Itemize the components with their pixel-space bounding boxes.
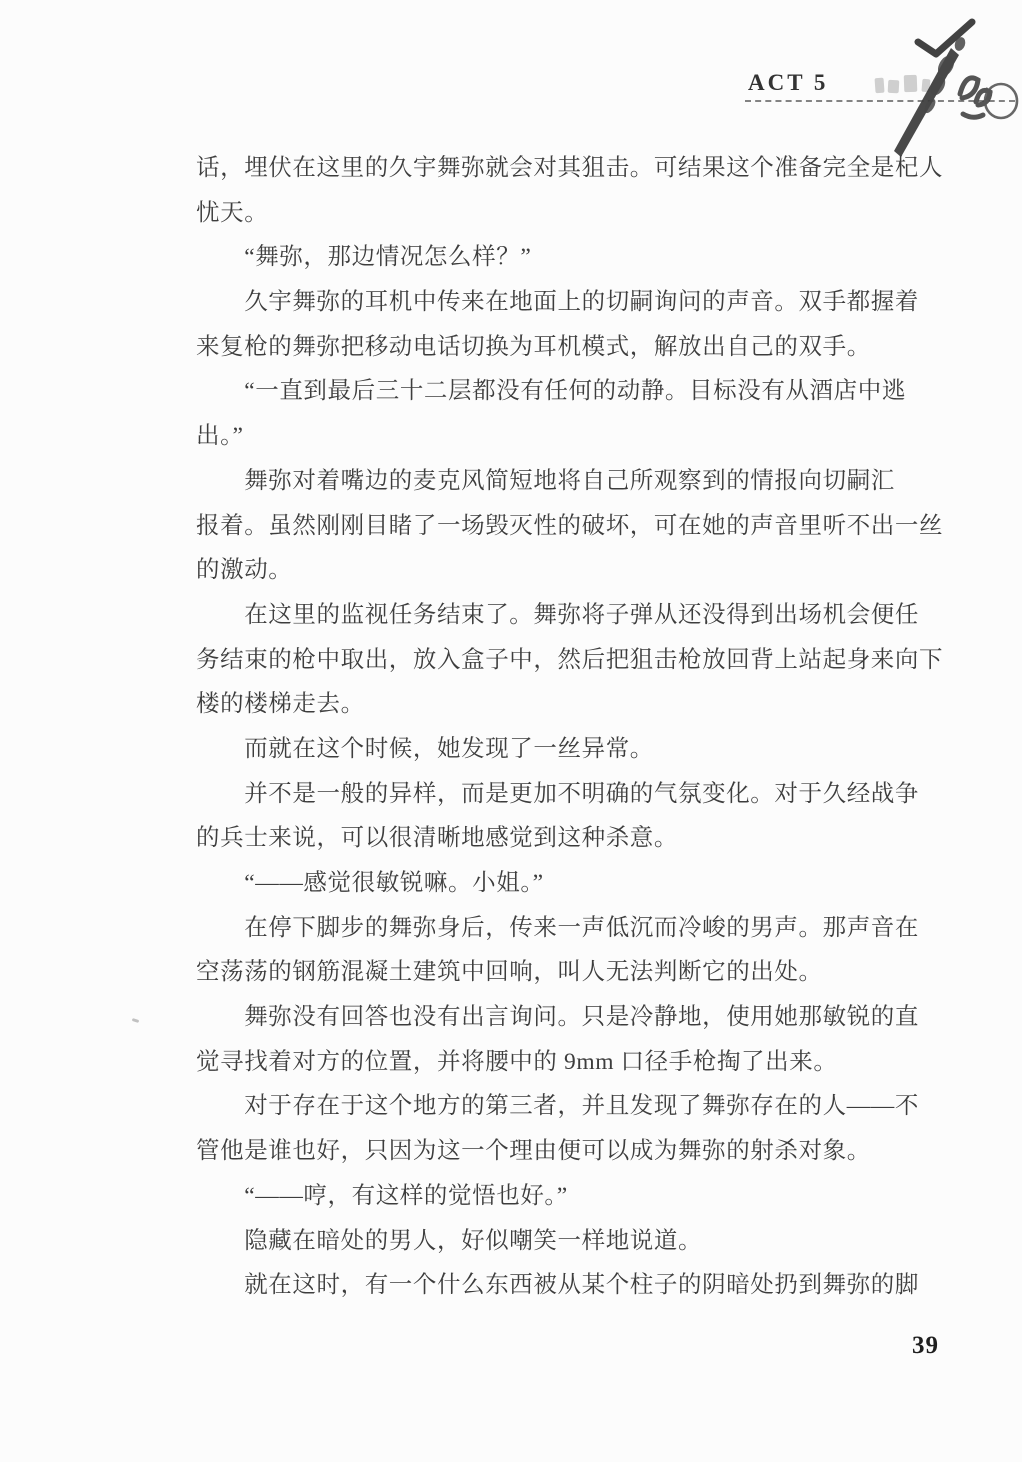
text-line: 出。” [196, 414, 986, 459]
text-line: 的兵士来说，可以很清晰地感觉到这种杀意。 [196, 816, 986, 861]
text-line: “——哼，有这样的觉悟也好。” [196, 1174, 986, 1219]
text-line: 报着。虽然刚刚目睹了一场毁灭性的破坏，可在她的声音里听不出一丝 [196, 504, 986, 549]
book-page: ACT 5 话，埋伏在这里的久宇舞弥就会对其 [0, 0, 1022, 1462]
text-line: “一直到最后三十二层都没有任何的动静。目标没有从酒店中逃 [196, 369, 986, 414]
emblem-wing-stroke [918, 22, 972, 54]
text-line: 久宇舞弥的耳机中传来在地面上的切嗣询问的声音。双手都握着 [196, 280, 986, 325]
text-line: 就在这时，有一个什么东西被从某个柱子的阴暗处扔到舞弥的脚 [196, 1263, 986, 1308]
text-line: “舞弥，那边情况怎么样？” [196, 235, 986, 280]
act-label: ACT 5 [748, 70, 828, 96]
faded-stamp-marks [875, 75, 931, 94]
text-line: 空荡荡的钢筋混凝土建筑中回响，叫人无法判断它的出处。 [196, 950, 986, 995]
text-line: 舞弥对着嘴边的麦克风简短地将自己所观察到的情报向切嗣汇 [196, 459, 986, 504]
text-line: 话，埋伏在这里的久宇舞弥就会对其狙击。可结果这个准备完全是杞人 [196, 146, 986, 191]
text-line: 在这里的监视任务结束了。舞弥将子弹从还没得到出场机会便任 [196, 593, 986, 638]
text-line: 的激动。 [196, 548, 986, 593]
text-line: 管他是谁也好，只因为这一个理由便可以成为舞弥的射杀对象。 [196, 1129, 986, 1174]
text-line: 觉寻找着对方的位置，并将腰中的 9mm 口径手枪掏了出来。 [196, 1040, 986, 1085]
text-line: 而就在这个时候，她发现了一丝异常。 [196, 727, 986, 772]
text-line: 隐藏在暗处的男人，好似嘲笑一样地说道。 [196, 1219, 986, 1264]
page-number: 39 [912, 1332, 939, 1360]
text-line: 并不是一般的异样，而是更加不明确的气氛变化。对于久经战争 [196, 772, 986, 817]
text-line: 楼的楼梯走去。 [196, 682, 986, 727]
text-line: 来复枪的舞弥把移动电话切换为耳机模式，解放出自己的双手。 [196, 325, 986, 370]
text-line: 忧天。 [196, 191, 986, 236]
text-line: 对于存在于这个地方的第三者，并且发现了舞弥存在的人——不 [196, 1084, 986, 1129]
text-line: 舞弥没有回答也没有出言询问。只是冷静地，使用她那敏锐的直 [196, 995, 986, 1040]
text-line: “——感觉很敏锐嘛。小姐。” [196, 861, 986, 906]
scan-artifact [132, 1018, 140, 1023]
text-line: 务结束的枪中取出，放入盒子中，然后把狙击枪放回背上站起身来向下 [196, 638, 986, 683]
page-body: 话，埋伏在这里的久宇舞弥就会对其狙击。可结果这个准备完全是杞人 忧天。 “舞弥，… [196, 146, 986, 1308]
text-line: 在停下脚步的舞弥身后，传来一声低沉而冷峻的男声。那声音在 [196, 906, 986, 951]
